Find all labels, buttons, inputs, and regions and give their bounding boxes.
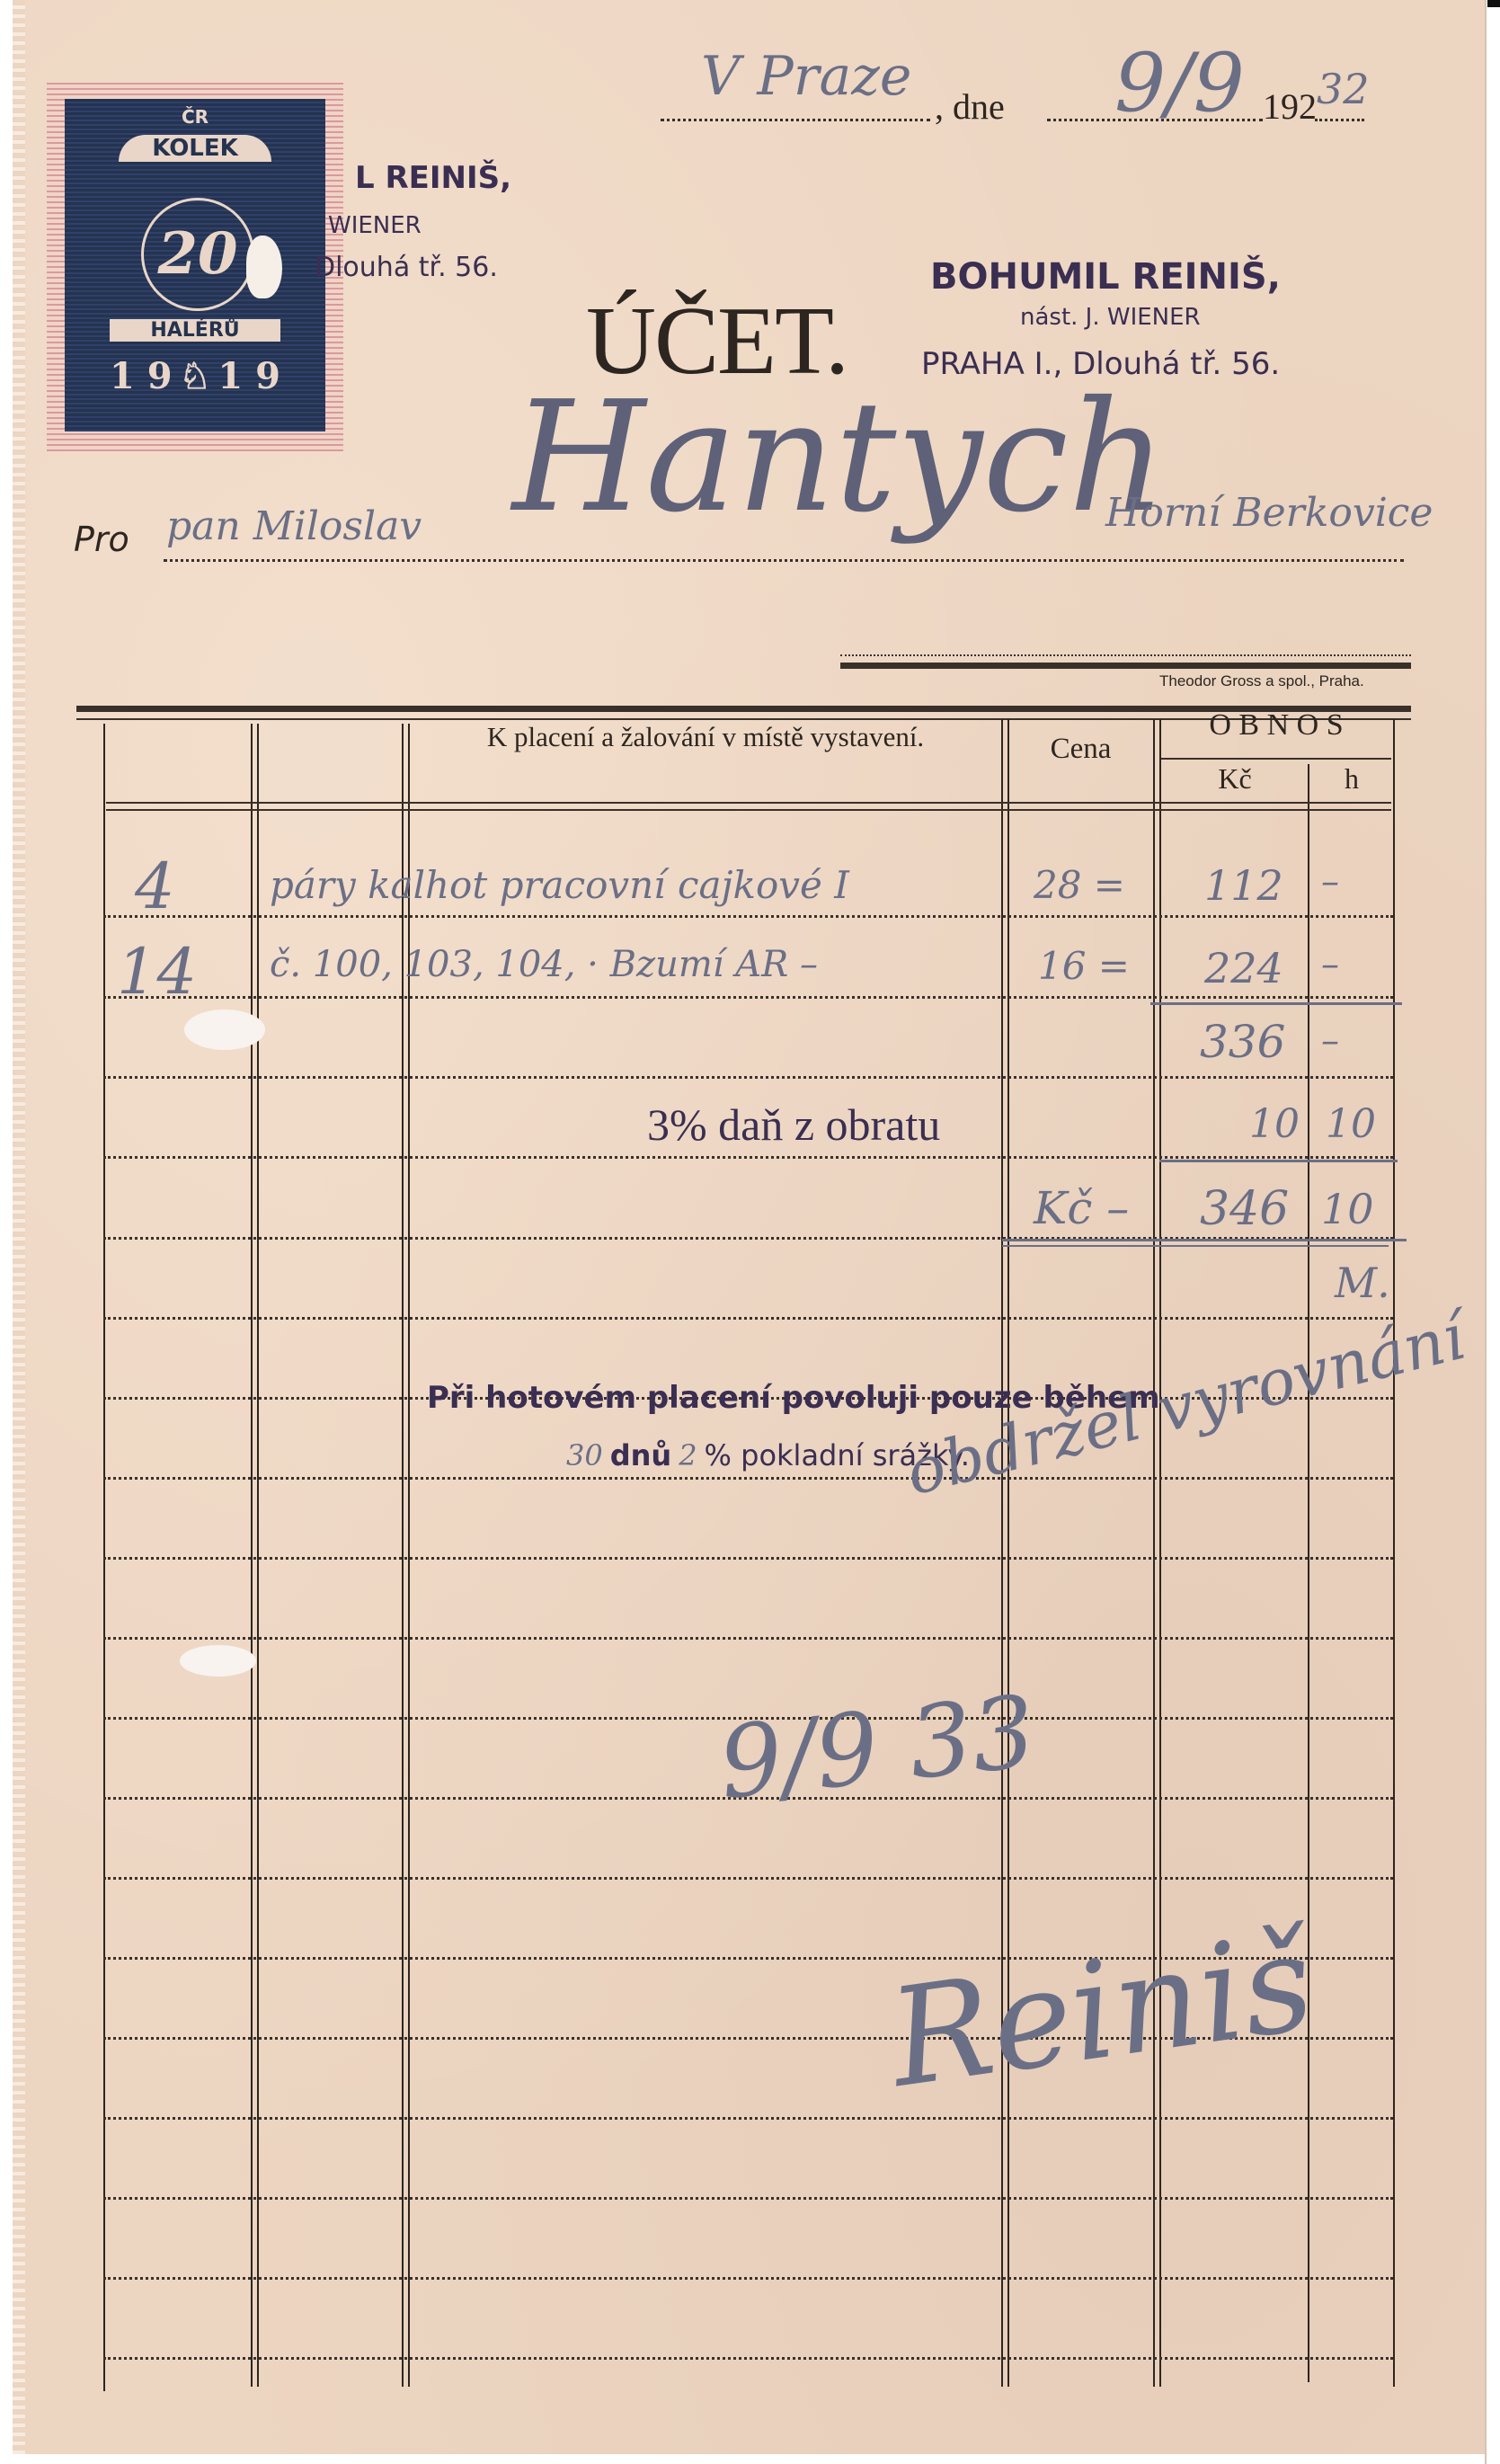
row-line xyxy=(103,2197,1393,2200)
tax-h: 10 xyxy=(1326,1101,1376,1147)
tax-label: 3% daň z obratu xyxy=(647,1099,940,1151)
partial-stamp-successor: WIENER xyxy=(328,212,422,239)
scan-artifact xyxy=(1487,0,1500,7)
side-mark: M. xyxy=(1335,1259,1390,1307)
total-h: 10 xyxy=(1321,1185,1374,1233)
discount-days-label: dnů xyxy=(610,1438,671,1472)
row-line xyxy=(103,1156,1393,1159)
row2-kc: 224 xyxy=(1204,944,1283,992)
scan-margin xyxy=(1485,0,1500,2464)
year-handwritten: 32 xyxy=(1317,65,1370,113)
total-kc: 346 xyxy=(1200,1182,1289,1236)
partial-stamp-name: L REINIŠ, xyxy=(355,160,511,196)
header-amount: O B N O S xyxy=(1164,708,1389,743)
header-price: Cena xyxy=(1011,733,1150,766)
row2-qty: 14 xyxy=(117,935,197,1009)
stamp-country: ČR xyxy=(65,106,325,128)
header-bottom-rule-2 xyxy=(106,809,1391,811)
place-handwritten: V Praze xyxy=(701,45,911,108)
col-line-7 xyxy=(1393,719,1395,2387)
recipient-label: Pro xyxy=(74,520,129,559)
col-line-4a xyxy=(1001,719,1003,2387)
row-line xyxy=(103,996,1393,999)
punch-hole xyxy=(180,1645,256,1677)
dne-label: , dne xyxy=(935,85,1005,128)
stamp-value: 20 xyxy=(141,198,254,311)
col-line-4b xyxy=(1007,719,1009,2387)
imprint-top-dots xyxy=(840,654,1411,656)
imprint-top-bar xyxy=(840,663,1411,669)
recipient-surname: Hantych xyxy=(512,369,1167,547)
row1-description: páry kalhot pracovní cajkové I xyxy=(270,863,849,907)
recipient-line xyxy=(164,559,1404,562)
row-line xyxy=(103,1076,1393,1079)
header-amount-rule xyxy=(1161,758,1391,760)
subtotal-kc: 336 xyxy=(1200,1016,1285,1068)
stamp-year-left: 1 9 xyxy=(110,355,173,397)
row-line xyxy=(103,2357,1393,2360)
printer-imprint: Theodor Gross a spol., Praha. xyxy=(1159,672,1364,690)
stamp-year: 1 9 ♘ 1 9 xyxy=(74,355,316,397)
row-line xyxy=(103,1477,1393,1480)
row-line xyxy=(103,1317,1393,1320)
year-field-line xyxy=(1315,119,1364,121)
revenue-stamp: ČR KOLEK 20 HALÉRŮ 1 9 ♘ 1 9 xyxy=(47,83,343,451)
stamp-year-right: 1 9 xyxy=(217,355,280,397)
total-prefix: Kč – xyxy=(1034,1182,1129,1234)
row1-h: – xyxy=(1321,861,1339,903)
date-handwritten: 9/9 xyxy=(1114,36,1245,130)
stamp-kolek-label: KOLEK xyxy=(119,135,271,162)
header-kc: Kč xyxy=(1164,762,1306,796)
row1-qty: 4 xyxy=(135,850,175,923)
recipient-first: pan Miloslav xyxy=(166,503,422,549)
row2-price: 16 = xyxy=(1038,944,1130,988)
col-line-2b xyxy=(257,724,259,2387)
row-line xyxy=(103,1877,1393,1880)
row1-price: 28 = xyxy=(1034,863,1125,907)
header-bottom-rule-1 xyxy=(106,802,1391,804)
row2-description: č. 100, 103, 104, · Bzumí AR – xyxy=(270,944,818,985)
revenue-stamp-body: ČR KOLEK 20 HALÉRŮ 1 9 ♘ 1 9 xyxy=(65,99,325,431)
header-h: h xyxy=(1312,762,1391,796)
col-line-5a xyxy=(1153,719,1155,2387)
subtotal-h: – xyxy=(1321,1020,1339,1062)
letterhead-successor: nást. J. WIENER xyxy=(1020,304,1201,331)
col-line-6 xyxy=(1308,764,1309,2382)
row-line xyxy=(103,2277,1393,2280)
tax-kc: 10 xyxy=(1249,1101,1300,1147)
lion-emblem-icon: ♘ xyxy=(179,355,211,397)
subtotal-underline xyxy=(1150,1002,1402,1005)
punch-hole xyxy=(184,1010,265,1050)
total-double-underline-2 xyxy=(1002,1245,1389,1247)
perforated-edge xyxy=(13,0,25,2454)
row-line xyxy=(103,2117,1393,2120)
discount-percent: 2 xyxy=(679,1438,697,1472)
tax-underline xyxy=(1159,1160,1398,1162)
year-prefix: 192 xyxy=(1263,85,1317,128)
row-line xyxy=(103,1637,1393,1640)
row1-kc: 112 xyxy=(1204,861,1283,910)
recipient-place: Horní Berkovice xyxy=(1105,490,1433,536)
total-double-underline-1 xyxy=(1002,1239,1407,1241)
letterhead-name: BOHUMIL REINIŠ, xyxy=(930,256,1281,298)
punch-hole xyxy=(246,236,282,298)
row-line xyxy=(103,1557,1393,1560)
partial-stamp-address: Dlouhá tř. 56. xyxy=(315,252,498,283)
row-line xyxy=(103,915,1393,918)
col-line-2a xyxy=(251,724,253,2387)
header-description: K placení a žalování v místě vystavení. xyxy=(413,717,998,757)
stamp-unit: HALÉRŮ xyxy=(110,319,280,342)
col-line-5b xyxy=(1159,719,1161,2387)
row2-h: – xyxy=(1321,944,1339,985)
discount-days: 30 xyxy=(566,1438,603,1472)
place-field-line xyxy=(661,119,930,121)
